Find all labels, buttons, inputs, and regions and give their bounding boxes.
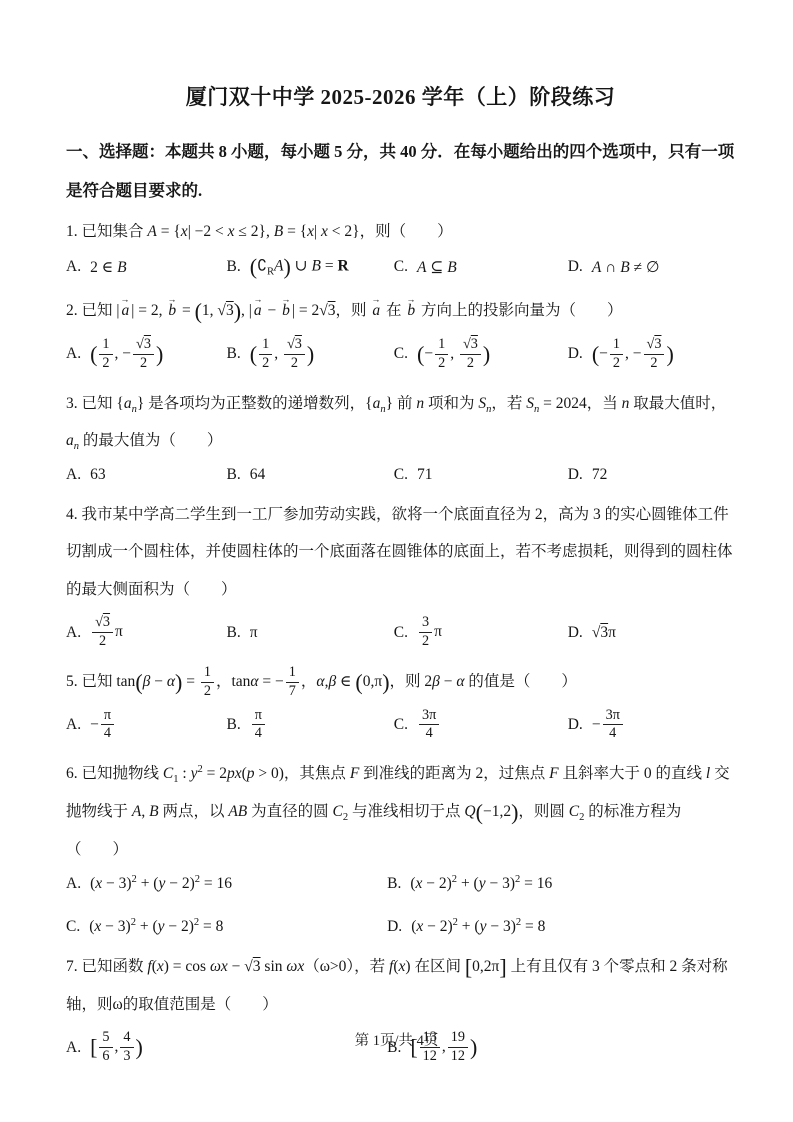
option-label: D. [568,345,583,363]
option-value: π [250,624,258,642]
question-stem: 4. 我市某中学高二学生到一工厂参加劳动实践，欲将一个底面直径为 2，高为 3 … [66,496,735,609]
option-label: C. [394,258,408,276]
question-4: 4. 我市某中学高二学生到一工厂参加劳动实践，欲将一个底面直径为 2，高为 3 … [66,496,735,656]
option-A: A.(x − 3)2 + (y − 2)2 = 16 [66,869,387,898]
option-value: (∁RA) ∪ B = R [250,256,349,278]
option-D: D.(−12, −√32) [568,331,735,378]
option-D: D.(x − 2)2 + (y − 3)2 = 8 [387,912,735,941]
option-value: −3π4 [592,707,625,744]
option-label: B. [387,875,401,893]
option-label: B. [227,345,241,363]
page-footer: 第 1页/共 4页 [0,1029,793,1050]
exam-page: 厦门双十中学 2025-2026 学年（上）阶段练习 一、选择题：本题共 8 小… [0,0,793,1122]
option-value: 72 [592,466,608,484]
option-A: A.√32π [66,609,227,656]
option-value: (x − 2)2 + (y − 3)2 = 8 [411,917,545,936]
options-row: A.−π4B.π4C.3π4D.−3π4 [66,702,735,749]
option-label: D. [568,258,583,276]
option-label: C. [394,466,408,484]
option-C: C.A ⊆ B [394,253,568,282]
question-stem: 5. 已知 tan(β − α) = 12，tanα = −17，α,β ∈ (… [66,663,735,701]
option-value: 71 [417,466,433,484]
option-value: (−12, −√32) [592,336,674,373]
option-value: (x − 3)2 + (y − 2)2 = 16 [90,874,232,893]
option-D: D.√3π [568,619,735,647]
option-label: B. [227,466,241,484]
option-value: 64 [250,466,266,484]
option-value: (12, √32) [250,336,314,373]
option-label: C. [394,624,408,642]
option-value: 63 [90,466,106,484]
question-3: 3. 已知 {an} 是各项均为正整数的递增数列，{an} 前 n 项和为 Sn… [66,385,735,489]
option-value: 2 ∈ B [90,258,126,277]
question-6: 6. 已知抛物线 C1 : y2 = 2px(p > 0)，其焦点 F 到准线的… [66,755,735,941]
option-value: (−12, √32) [417,336,490,373]
option-C: C.(−12, √32) [394,331,568,378]
option-value: √32π [90,614,123,651]
question-stem: 3. 已知 {an} 是各项均为正整数的递增数列，{an} 前 n 项和为 Sn… [66,385,735,460]
options-row: A.63B.64C.71D.72 [66,461,735,489]
question-stem: 1. 已知集合 A = {x| −2 < x ≤ 2}, B = {x| x <… [66,213,735,251]
option-C: C.32π [394,609,568,656]
options-row: A.√32πB.πC.32πD.√3π [66,609,735,656]
option-value: (x − 2)2 + (y − 3)2 = 16 [410,874,552,893]
option-label: D. [568,624,583,642]
option-value: A ⊆ B [417,258,457,277]
option-D: D.72 [568,461,735,489]
option-label: B. [227,624,241,642]
option-label: C. [394,716,408,734]
option-label: A. [66,466,81,484]
questions: 1. 已知集合 A = {x| −2 < x ≤ 2}, B = {x| x <… [66,213,735,1071]
option-label: D. [568,716,583,734]
question-2: 2. 已知 |a| = 2, b = (1, √3), |a − b| = 2√… [66,290,735,377]
option-A: A.−π4 [66,702,227,749]
option-value: π4 [250,707,267,744]
option-label: A. [66,345,81,363]
question-5: 5. 已知 tan(β − α) = 12，tanα = −17，α,β ∈ (… [66,663,735,748]
option-label: B. [227,258,241,276]
options-row: A.2 ∈ BB.(∁RA) ∪ B = RC.A ⊆ BD.A ∩ B ≠ ∅ [66,251,735,283]
option-B: B.π4 [227,702,394,749]
option-D: D.A ∩ B ≠ ∅ [568,253,735,282]
option-B: B.(x − 2)2 + (y − 3)2 = 16 [387,869,735,898]
option-value: A ∩ B ≠ ∅ [592,258,660,277]
option-value: (12, −√32) [90,336,163,373]
option-B: B.(∁RA) ∪ B = R [227,251,394,283]
option-C: C.(x − 3)2 + (y − 2)2 = 8 [66,912,387,941]
option-A: A.(12, −√32) [66,331,227,378]
option-label: D. [568,466,583,484]
option-label: A. [66,716,81,734]
option-B: B.64 [227,461,394,489]
question-stem: 2. 已知 |a| = 2, b = (1, √3), |a − b| = 2√… [66,290,735,330]
option-value: 3π4 [417,707,441,744]
option-label: C. [394,345,408,363]
options-row: A.(12, −√32)B.(12, √32)C.(−12, √32)D.(−1… [66,331,735,378]
option-label: A. [66,875,81,893]
option-C: C.3π4 [394,702,568,749]
option-label: C. [66,918,80,936]
option-B: B.π [227,619,394,647]
option-value: (x − 3)2 + (y − 2)2 = 8 [89,917,223,936]
section-heading: 一、选择题：本题共 8 小题，每小题 5 分，共 40 分．在每小题给出的四个选… [66,133,735,211]
option-value: 32π [417,614,442,651]
option-label: A. [66,258,81,276]
options-row: A.(x − 3)2 + (y − 2)2 = 16B.(x − 2)2 + (… [66,869,735,941]
option-D: D.−3π4 [568,702,735,749]
question-stem: 6. 已知抛物线 C1 : y2 = 2px(p > 0)，其焦点 F 到准线的… [66,755,735,868]
option-C: C.71 [394,461,568,489]
option-label: A. [66,624,81,642]
option-value: √3π [592,624,616,642]
option-A: A.2 ∈ B [66,253,227,282]
option-B: B.(12, √32) [227,331,394,378]
option-value: −π4 [90,707,116,744]
question-1: 1. 已知集合 A = {x| −2 < x ≤ 2}, B = {x| x <… [66,213,735,284]
option-A: A.63 [66,461,227,489]
question-7: 7. 已知函数 f(x) = cos ωx − √3 sin ωx（ω>0），若… [66,948,735,1071]
page-title: 厦门双十中学 2025-2026 学年（上）阶段练习 [66,84,735,111]
option-label: B. [227,716,241,734]
option-label: D. [387,918,402,936]
question-stem: 7. 已知函数 f(x) = cos ωx − √3 sin ωx（ω>0），若… [66,948,735,1023]
